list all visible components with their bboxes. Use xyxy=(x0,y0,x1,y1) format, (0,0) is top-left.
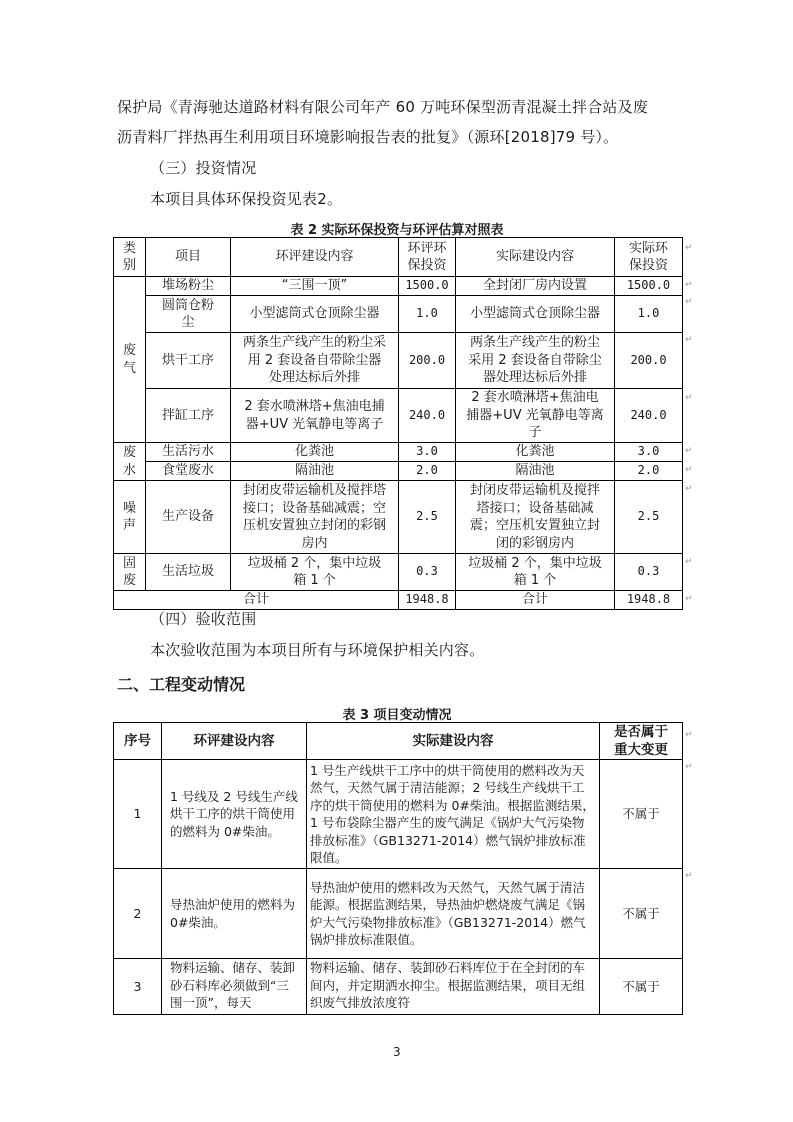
section4-heading: （四）验收范围 xyxy=(150,609,256,629)
header-no: 序号 xyxy=(114,723,162,760)
item-cell: 烘干工序 xyxy=(146,333,231,389)
actual-cell: 导热油炉使用的燃料改为天然气，天然气属于清洁能源。根据监测结果，导热油炉燃烧废气… xyxy=(307,869,600,959)
total-label-actual: 合计 xyxy=(456,591,615,610)
actual-invest-cell: 200.0 xyxy=(615,333,683,389)
eia-invest-cell: 1500.0 xyxy=(399,277,456,296)
item-cell: 圆筒仓粉尘 xyxy=(146,296,231,333)
actual-invest-cell: 3.0 xyxy=(615,443,683,462)
category-cell: 废气 xyxy=(114,277,146,443)
actual-content-cell: 封闭皮带运输机及搅拌塔接口；设备基础减震；空压机安置独立封闭的彩钢房内 xyxy=(456,481,615,554)
paragraph-mark: ↵ xyxy=(685,393,693,403)
paragraph-mark: ↵ xyxy=(685,871,693,881)
table-row: 拌缸工序 2 套水喷淋塔+焦油电捕器+UV 光氧静电等离子 240.0 2 套水… xyxy=(114,389,683,443)
eia-content-cell: 2 套水喷淋塔+焦油电捕器+UV 光氧静电等离子 xyxy=(231,389,399,443)
total-label-eia: 合计 xyxy=(114,591,399,610)
table-row: 固废 生活垃圾 垃圾桶 2 个，集中垃圾箱 1 个 0.3 垃圾桶 2 个，集中… xyxy=(114,554,683,591)
header-eia: 环评建设内容 xyxy=(162,723,307,760)
table-row: 废气 堆场粉尘 “三围一顶” 1500.0 全封闭厂房内设置 1500.0 xyxy=(114,277,683,296)
actual-invest-cell: 2.0 xyxy=(615,462,683,481)
table-row: 3 物料运输、储存、装卸砂石料库必须做到“三围一顶”，每天 物料运输、储存、装卸… xyxy=(114,959,683,1015)
item-cell: 拌缸工序 xyxy=(146,389,231,443)
eia-cell: 导热油炉使用的燃料为 0#柴油。 xyxy=(162,869,307,959)
header-actual: 实际建设内容 xyxy=(307,723,600,760)
eia-content-cell: 两条生产线产生的粉尘采用 2 套设备自带除尘器处理达标后外排 xyxy=(231,333,399,389)
paragraph-mark: ↵ xyxy=(685,594,693,604)
eia-content-cell: 封闭皮带运输机及搅拌塔接口；设备基础减震；空压机安置独立封闭的彩钢房内 xyxy=(231,481,399,554)
item-cell: 食堂废水 xyxy=(146,462,231,481)
table-row: 1 1 号线及 2 号线生产线烘干工序的烘干筒使用的燃料为 0#柴油。 1 号生… xyxy=(114,760,683,869)
actual-content-cell: 垃圾桶 2 个，集中垃圾箱 1 个 xyxy=(456,554,615,591)
section3-text: 本项目具体环保投资见表2。 xyxy=(150,189,342,209)
table2-total-row: 合计 1948.8 合计 1948.8 xyxy=(114,591,683,610)
paragraph-mark: ↵ xyxy=(685,484,693,494)
paragraph-mark: ↵ xyxy=(685,465,693,475)
actual-content-cell: 小型滤筒式仓顶除尘器 xyxy=(456,296,615,333)
actual-content-cell: 2 套水喷淋塔+焦油电捕器+UV 光氧静电等离子 xyxy=(456,389,615,443)
row-no: 3 xyxy=(114,959,162,1015)
paragraph-mark: ↵ xyxy=(685,280,693,290)
actual-cell: 1 号生产线烘干工序中的烘干筒使用的燃料改为天然气，天然气属于清洁能源；2 号线… xyxy=(307,760,600,869)
eia-invest-cell: 0.3 xyxy=(399,554,456,591)
header-item: 项目 xyxy=(146,238,231,277)
intro-line-1: 保护局《青海驰达道路材料有限公司年产 60 万吨环保型沥青混凝土拌合站及废 xyxy=(117,97,648,117)
paragraph-mark: ↵ xyxy=(685,730,693,740)
row-no: 1 xyxy=(114,760,162,869)
page-number: 3 xyxy=(393,1045,401,1059)
eia-invest-cell: 240.0 xyxy=(399,389,456,443)
actual-invest-cell: 1500.0 xyxy=(615,277,683,296)
paragraph-mark: ↵ xyxy=(685,557,693,567)
category-cell: 固废 xyxy=(114,554,146,591)
eia-content-cell: 隔油池 xyxy=(231,462,399,481)
eia-invest-cell: 2.5 xyxy=(399,481,456,554)
chapter2-heading: 二、工程变动情况 xyxy=(117,672,245,695)
table-row: 圆筒仓粉尘 小型滤筒式仓顶除尘器 1.0 小型滤筒式仓顶除尘器 1.0 xyxy=(114,296,683,333)
actual-content-cell: 隔油池 xyxy=(456,462,615,481)
header-actual-invest: 实际环保投资 xyxy=(615,238,683,277)
eia-invest-cell: 3.0 xyxy=(399,443,456,462)
table-row: 烘干工序 两条生产线产生的粉尘采用 2 套设备自带除尘器处理达标后外排 200.… xyxy=(114,333,683,389)
eia-content-cell: 小型滤筒式仓顶除尘器 xyxy=(231,296,399,333)
paragraph-mark: ↵ xyxy=(685,446,693,456)
item-cell: 堆场粉尘 xyxy=(146,277,231,296)
eia-cell: 1 号线及 2 号线生产线烘干工序的烘干筒使用的燃料为 0#柴油。 xyxy=(162,760,307,869)
item-cell: 生活污水 xyxy=(146,443,231,462)
actual-invest-cell: 0.3 xyxy=(615,554,683,591)
actual-invest-cell: 1.0 xyxy=(615,296,683,333)
eia-cell: 物料运输、储存、装卸砂石料库必须做到“三围一顶”，每天 xyxy=(162,959,307,1015)
table2-investment: 类别 项目 环评建设内容 环评环保投资 实际建设内容 实际环保投资 废气 堆场粉… xyxy=(113,237,683,610)
paragraph-mark: ↵ xyxy=(685,762,693,772)
paragraph-mark: ↵ xyxy=(685,297,693,307)
table2-header-row: 类别 项目 环评建设内容 环评环保投资 实际建设内容 实际环保投资 xyxy=(114,238,683,277)
header-actual-content: 实际建设内容 xyxy=(456,238,615,277)
row-no: 2 xyxy=(114,869,162,959)
paragraph-mark: ↵ xyxy=(685,243,693,253)
eia-content-cell: 化粪池 xyxy=(231,443,399,462)
major-change-cell: 不属于 xyxy=(600,959,683,1015)
section4-text: 本次验收范围为本项目所有与环境保护相关内容。 xyxy=(150,640,484,660)
eia-invest-cell: 200.0 xyxy=(399,333,456,389)
category-cell: 废水 xyxy=(114,443,146,481)
eia-content-cell: 垃圾桶 2 个，集中垃圾箱 1 个 xyxy=(231,554,399,591)
category-cell: 噪声 xyxy=(114,481,146,554)
eia-invest-cell: 2.0 xyxy=(399,462,456,481)
header-eia-invest: 环评环保投资 xyxy=(399,238,456,277)
header-major-change: 是否属于重大变更 xyxy=(600,723,683,760)
table-row: 废水 生活污水 化粪池 3.0 化粪池 3.0 xyxy=(114,443,683,462)
intro-line-2: 沥青料厂拌热再生利用项目环境影响报告表的批复》（源环[2018]79 号）。 xyxy=(117,127,618,147)
table-row: 2 导热油炉使用的燃料为 0#柴油。 导热油炉使用的燃料改为天然气，天然气属于清… xyxy=(114,869,683,959)
header-category: 类别 xyxy=(114,238,146,277)
item-cell: 生活垃圾 xyxy=(146,554,231,591)
paragraph-mark: ↵ xyxy=(685,335,693,345)
table-row: 噪声 生产设备 封闭皮带运输机及搅拌塔接口；设备基础减震；空压机安置独立封闭的彩… xyxy=(114,481,683,554)
header-eia-content: 环评建设内容 xyxy=(231,238,399,277)
major-change-cell: 不属于 xyxy=(600,760,683,869)
total-eia-invest: 1948.8 xyxy=(399,591,456,610)
actual-invest-cell: 2.5 xyxy=(615,481,683,554)
table3-caption: 表 3 项目变动情况 xyxy=(113,704,681,723)
table3-changes: 序号 环评建设内容 实际建设内容 是否属于重大变更 1 1 号线及 2 号线生产… xyxy=(113,722,683,1015)
section3-heading: （三）投资情况 xyxy=(150,158,256,178)
actual-content-cell: 全封闭厂房内设置 xyxy=(456,277,615,296)
table-row: 食堂废水 隔油池 2.0 隔油池 2.0 xyxy=(114,462,683,481)
table2-caption: 表 2 实际环保投资与环评估算对照表 xyxy=(113,219,681,238)
major-change-cell: 不属于 xyxy=(600,869,683,959)
eia-invest-cell: 1.0 xyxy=(399,296,456,333)
table3-header-row: 序号 环评建设内容 实际建设内容 是否属于重大变更 xyxy=(114,723,683,760)
item-cell: 生产设备 xyxy=(146,481,231,554)
eia-content-cell: “三围一顶” xyxy=(231,277,399,296)
actual-content-cell: 化粪池 xyxy=(456,443,615,462)
actual-invest-cell: 240.0 xyxy=(615,389,683,443)
actual-content-cell: 两条生产线产生的粉尘采用 2 套设备自带除尘器处理达标后外排 xyxy=(456,333,615,389)
total-actual-invest: 1948.8 xyxy=(615,591,683,610)
actual-cell: 物料运输、储存、装卸砂石料库位于在全封闭的车间内，并定期洒水抑尘。根据监测结果，… xyxy=(307,959,600,1015)
